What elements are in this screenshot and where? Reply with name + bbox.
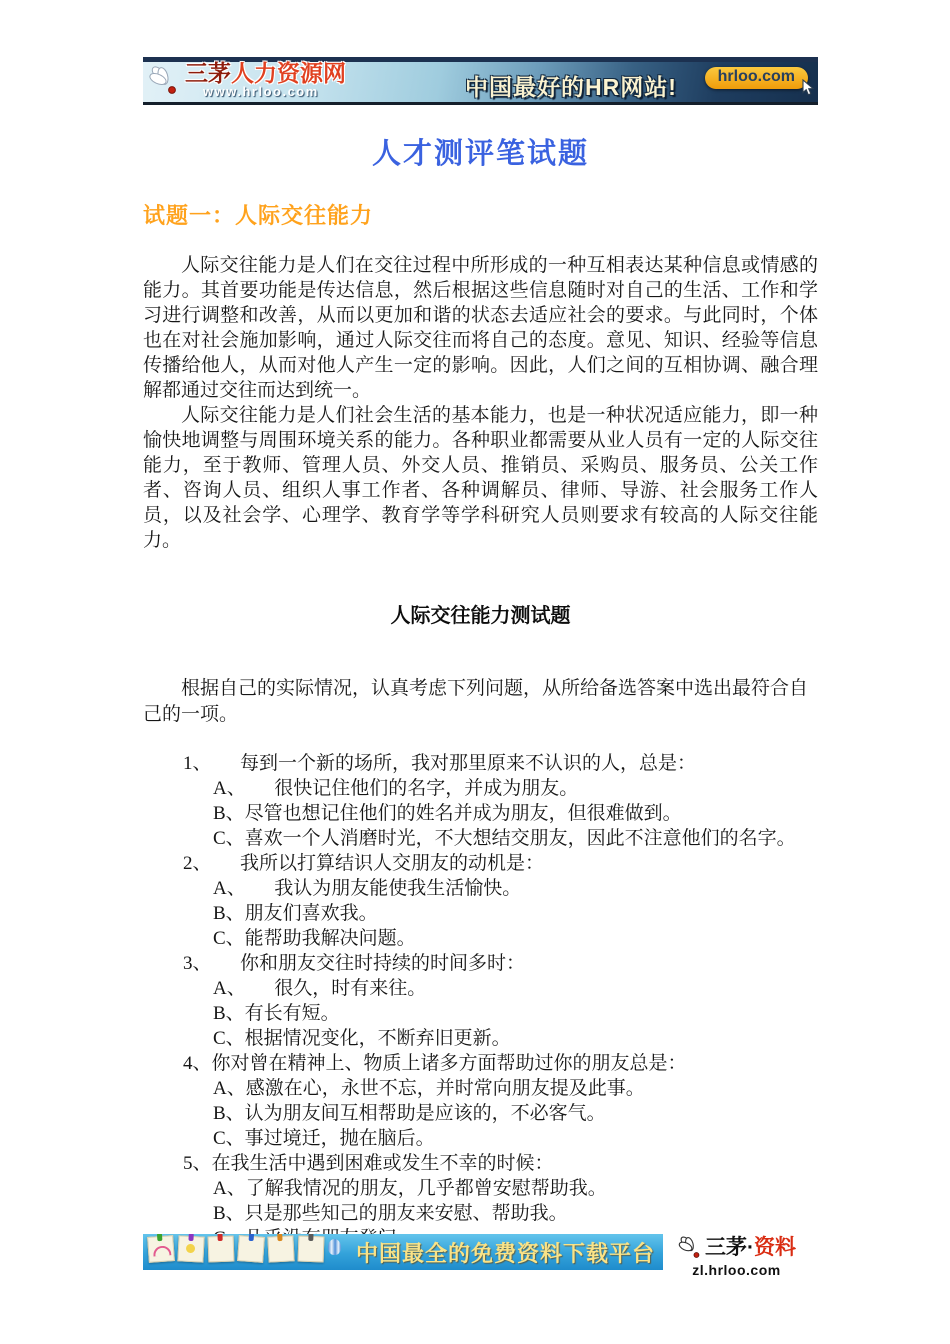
question-2-option-a: A、 我认为朋友能使我生活愉快。 xyxy=(143,876,818,901)
question-1-option-a: A、 很快记住他们的名字，并成为朋友。 xyxy=(143,776,818,801)
footer-brand-url: zl.hrloo.com xyxy=(692,1262,780,1278)
question-4-option-a: A、感激在心，永世不忘，并时常向朋友提及此事。 xyxy=(143,1076,818,1101)
question-3-option-c: C、根据情况变化，不断弃旧更新。 xyxy=(143,1026,818,1051)
test-subheading: 人际交往能力测试题 xyxy=(143,599,818,628)
balloon-icon xyxy=(328,1239,341,1255)
footer-brand: 三茅 xyxy=(705,1237,747,1259)
footer: 中国最全的免费资料下载平台 三茅·资料 zl.hrloo.com xyxy=(143,1234,833,1278)
cursor-icon xyxy=(798,79,815,98)
footer-logo[interactable]: 三茅·资料 zl.hrloo.com xyxy=(677,1234,796,1278)
footer-brand-suffix: 资料 xyxy=(754,1237,796,1259)
brand-url: www.hrloo.com xyxy=(203,84,346,99)
banner-slogan: 中国最好的HR网站! xyxy=(465,69,677,102)
question-1-option-c: C、喜欢一个人消磨时光，不大想结交朋友，因此不注意他们的名字。 xyxy=(143,826,818,851)
document-page: 三茅人力资源网 www.hrloo.com 中国最好的HR网站! hrloo.c… xyxy=(0,0,950,1344)
brand-name: 三茅人力资源网 xyxy=(185,62,346,84)
question-2-option-b: B、朋友们喜欢我。 xyxy=(143,901,818,926)
header-ad-banner[interactable]: 三茅人力资源网 www.hrloo.com 中国最好的HR网站! hrloo.c… xyxy=(143,57,818,105)
question-list: 1、 每到一个新的场所，我对那里原来不认识的人，总是： A、 很快记住他们的名字… xyxy=(143,751,818,1251)
question-2: 2、 我所以打算结识人交朋友的动机是： xyxy=(143,851,818,876)
question-5-option-b: B、只是那些知己的朋友来安慰、帮助我。 xyxy=(143,1201,818,1226)
question-1: 1、 每到一个新的场所，我对那里原来不认识的人，总是： xyxy=(143,751,818,776)
shuttlecock-icon xyxy=(147,63,183,99)
site-logo: 三茅人力资源网 www.hrloo.com xyxy=(147,62,346,99)
footer-ad-banner[interactable]: 中国最全的免费资料下载平台 xyxy=(143,1234,663,1270)
question-5: 5、在我生活中遇到困难或发生不幸的时候： xyxy=(143,1151,818,1176)
hrloo-button-label: hrloo.com xyxy=(718,68,795,85)
footer-brand-dot: · xyxy=(747,1237,754,1259)
question-3: 3、 你和朋友交往时持续的时间多时： xyxy=(143,951,818,976)
question-1-option-b: B、尽管也想记住他们的姓名并成为朋友，但很难做到。 xyxy=(143,801,818,826)
paragraph: 人际交往能力是人们在交往过程中所形成的一种互相表达某种信息或情感的能力。其首要功… xyxy=(143,253,818,403)
question-5-option-a: A、了解我情况的朋友，几乎都曾安慰帮助我。 xyxy=(143,1176,818,1201)
question-3-option-b: B、有长有短。 xyxy=(143,1001,818,1026)
question-3-option-a: A、 很久，时有来往。 xyxy=(143,976,818,1001)
instruction-text: 根据自己的实际情况，认真考虑下列问题，从所给备选答案中选出最符合自己的一项。 xyxy=(143,676,818,728)
footer-slogan: 中国最全的免费资料下载平台 xyxy=(356,1237,655,1268)
question-4-option-c: C、事过境迁，抛在脑后。 xyxy=(143,1126,818,1151)
section-heading: 试题一：人际交往能力 xyxy=(143,199,818,230)
page-title: 人才测评笔试题 xyxy=(143,131,818,172)
shuttlecock-icon xyxy=(677,1234,705,1262)
paragraph: 人际交往能力是人们社会生活的基本能力，也是一种状况适应能力，即一种愉快地调整与周… xyxy=(143,403,818,553)
question-4-option-b: B、认为朋友间互相帮助是应该的，不必客气。 xyxy=(143,1101,818,1126)
question-4: 4、你对曾在精神上、物质上诸多方面帮助过你的朋友总是： xyxy=(143,1051,818,1076)
question-2-option-c: C、能帮助我解决问题。 xyxy=(143,926,818,951)
hanging-cards-graphic xyxy=(148,1236,353,1262)
hrloo-button[interactable]: hrloo.com xyxy=(705,67,808,89)
